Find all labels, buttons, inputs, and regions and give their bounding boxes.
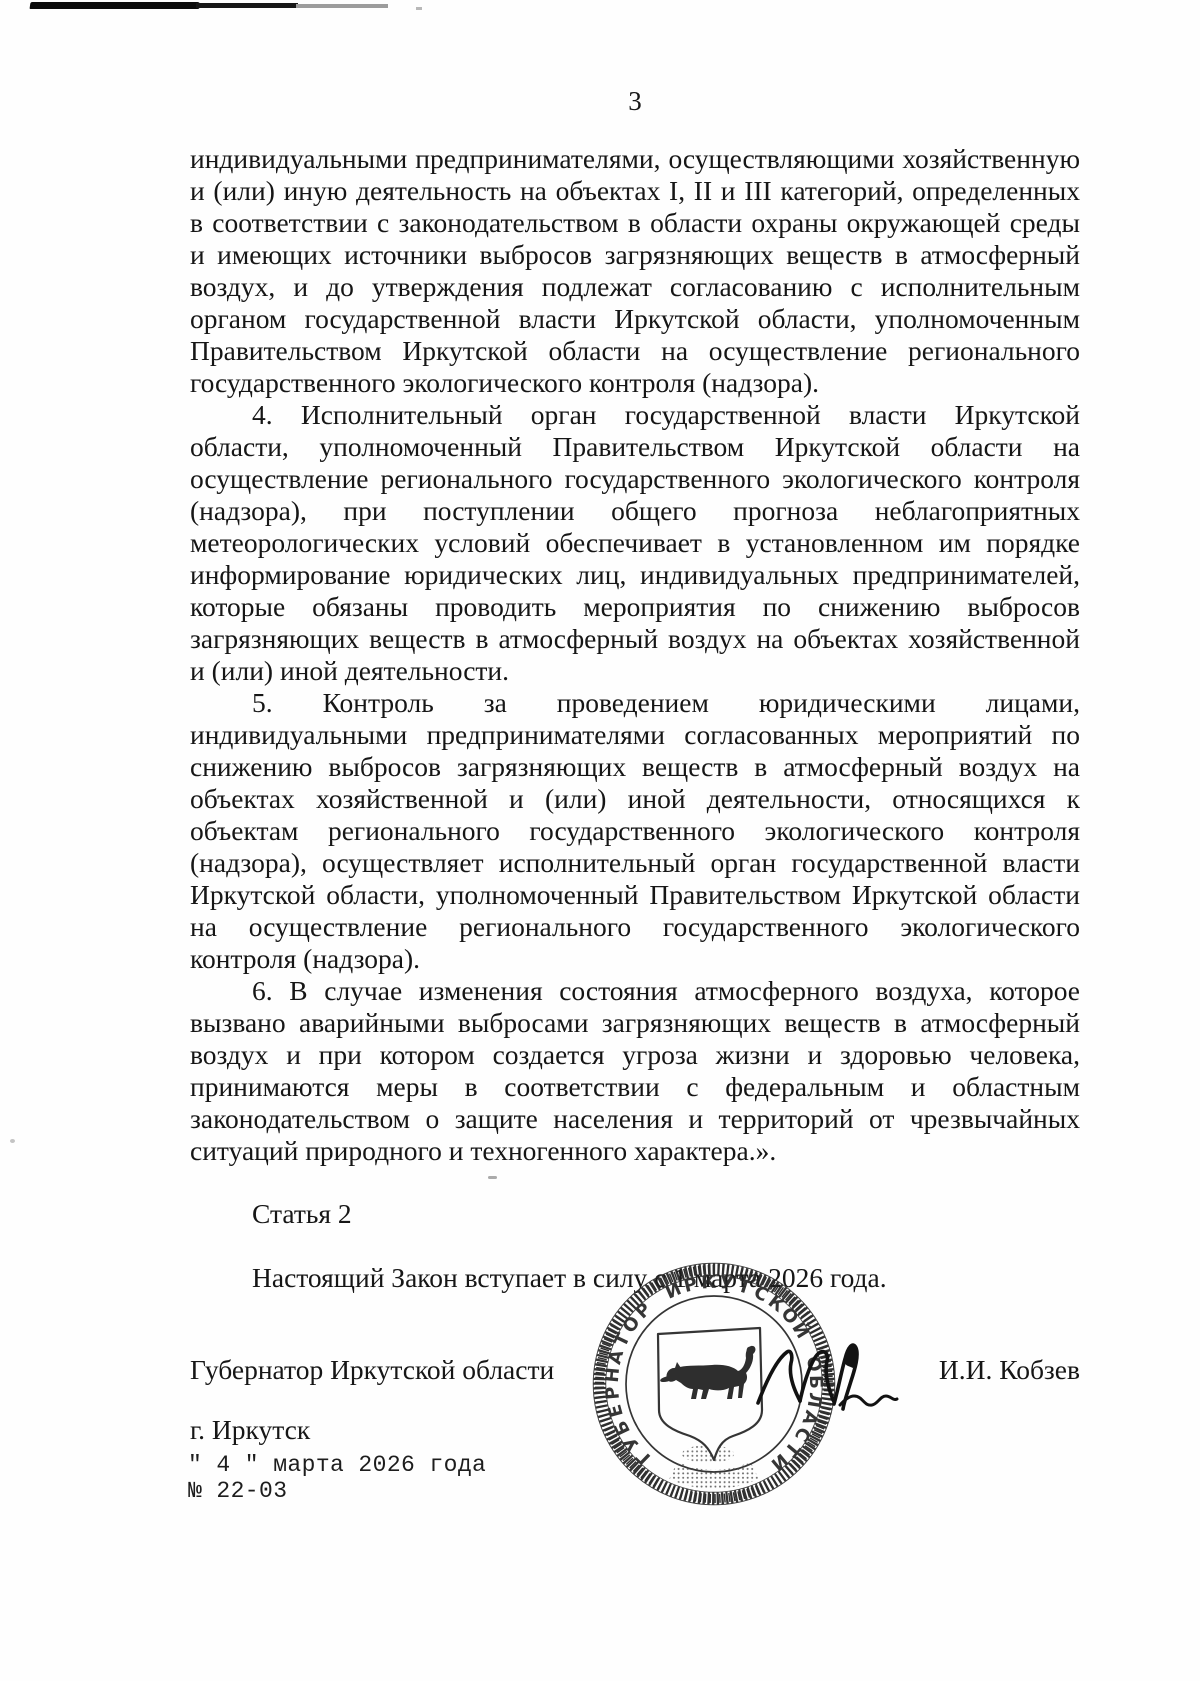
body-line: Правительством Иркутской области на осущ… — [190, 335, 1080, 367]
body-line: и (или) иную деятельность на объектах I,… — [190, 175, 1080, 207]
body-line: органом государственной власти Иркутской… — [190, 303, 1080, 335]
body-line: воздух, и до утверждения подлежат соглас… — [190, 271, 1080, 303]
body-line: законодательством о защите населения и т… — [190, 1103, 1080, 1135]
body-line: ситуаций природного и техногенного харак… — [190, 1135, 1080, 1167]
body-line: информирование юридических лиц, индивиду… — [190, 559, 1080, 591]
body-line: воздух и при котором создается угроза жи… — [190, 1039, 1080, 1071]
body-line: контроля (надзора). — [190, 943, 1080, 975]
signature-date-line: " 4 " марта 2026 года — [188, 1452, 486, 1478]
page-number: 3 — [190, 86, 1080, 117]
svg-text:И: И — [662, 1278, 684, 1303]
body-line: и (или) иной деятельности. — [190, 655, 1080, 687]
body-line: на осуществление регионального государст… — [190, 911, 1080, 943]
document-number: № 22-03 — [188, 1478, 287, 1504]
body-line: и имеющих источники выбросов загрязняющи… — [190, 239, 1080, 271]
svg-text:Н: Н — [602, 1367, 624, 1384]
seal-stipple-shading — [669, 1462, 758, 1489]
signature-icon — [740, 1320, 1040, 1440]
body-line: 6. В случае изменения состояния атмосфер… — [190, 975, 1080, 1007]
body-line: области, уполномоченный Правительством И… — [190, 431, 1080, 463]
body-line: в соответствии с законодательством в обл… — [190, 207, 1080, 239]
body-line: принимаются меры в соответствии с федера… — [190, 1071, 1080, 1103]
scan-dot-artifact — [416, 7, 422, 10]
body-line: объектам регионального государственного … — [190, 815, 1080, 847]
body-line: (надзора), осуществляет исполнительный о… — [190, 847, 1080, 879]
body-line: которые обязаны проводить мероприятия по… — [190, 591, 1080, 623]
document-body: индивидуальными предпринимателями, осуще… — [190, 143, 1080, 1167]
scan-dot-artifact — [488, 1176, 497, 1179]
body-line: объектах хозяйственной и (или) иной деят… — [190, 783, 1080, 815]
body-line: метеорологических условий обеспечивает в… — [190, 527, 1080, 559]
body-line: 4. Исполнительный орган государственной … — [190, 399, 1080, 431]
body-line: 5. Контроль за проведением юридическими … — [190, 687, 1080, 719]
body-line: индивидуальными предпринимателями, осуще… — [190, 143, 1080, 175]
body-line: Иркутской области, уполномоченный Правит… — [190, 879, 1080, 911]
article-heading: Статья 2 — [252, 1198, 352, 1230]
scan-streak-artifact — [296, 4, 388, 8]
body-line: (надзора), при поступлении общего прогно… — [190, 495, 1080, 527]
scan-dot-artifact — [10, 1139, 15, 1143]
svg-text:Р: Р — [602, 1386, 624, 1401]
body-line: снижению выбросов загрязняющих веществ в… — [190, 751, 1080, 783]
scan-streak-artifact — [30, 2, 201, 9]
body-line: загрязняющих веществ в атмосферный возду… — [190, 623, 1080, 655]
body-line: вызвано аварийными выбросами загрязняющи… — [190, 1007, 1080, 1039]
svg-text:У: У — [718, 1272, 734, 1295]
scanned-document-page: 3 индивидуальными предпринимателями, осу… — [0, 0, 1200, 1681]
svg-text:К: К — [701, 1272, 717, 1294]
body-line: осуществление регионального государствен… — [190, 463, 1080, 495]
signatory-title: Губернатор Иркутской области — [190, 1354, 554, 1386]
body-line: индивидуальными предпринимателями соглас… — [190, 719, 1080, 751]
signature-city: г. Иркутск — [190, 1414, 310, 1446]
body-line: государственного экологического контроля… — [190, 367, 1080, 399]
scan-streak-artifact — [196, 3, 298, 8]
